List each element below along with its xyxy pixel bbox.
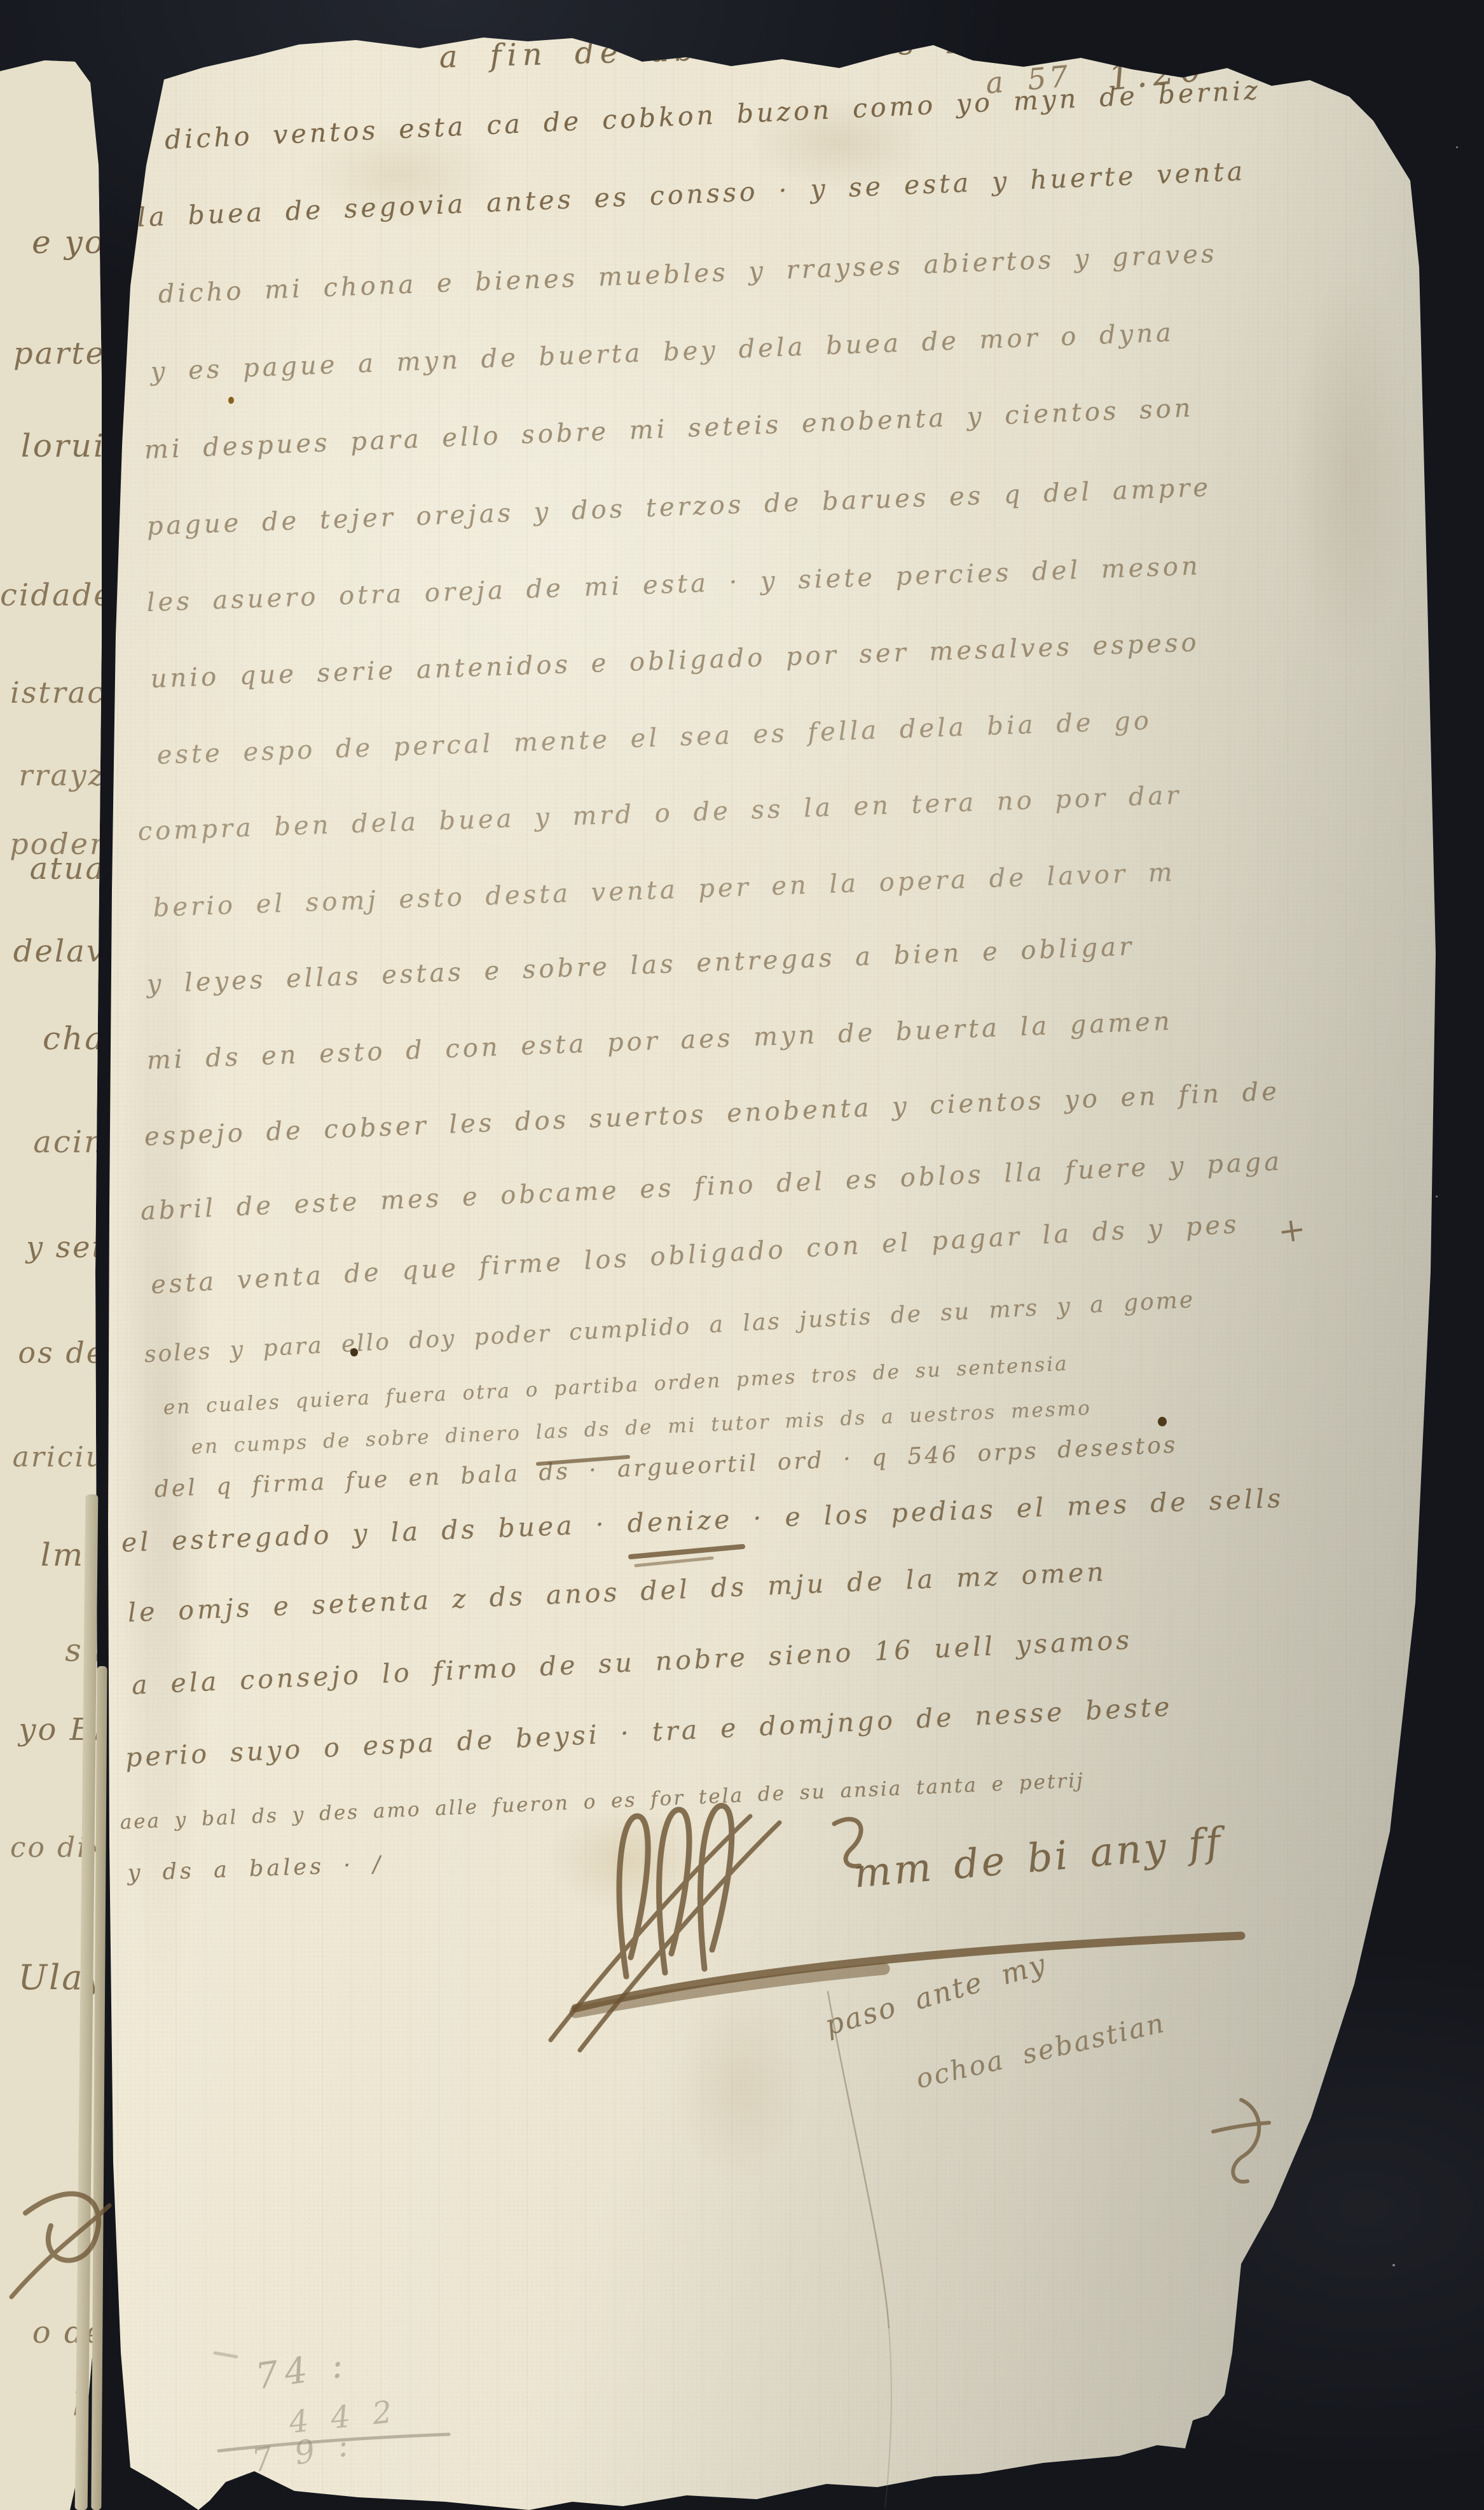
manuscript-photograph: { "document": { "kind": "early-modern ha… — [0, 0, 1484, 2510]
left-page-fragment: e yo — [0, 224, 109, 261]
stain — [1291, 267, 1412, 674]
left-page-fragment: delav — [0, 934, 109, 969]
manuscript-line: perio suyo o espa de beysi · tra e domjn… — [125, 1691, 1173, 1773]
ink-fleck — [1158, 1417, 1167, 1426]
left-page-fragment: lorui — [0, 427, 109, 464]
left-page-fragment: istrac — [0, 675, 109, 710]
stain — [674, 1984, 807, 2188]
manuscript-line: espejo de cobser les dos suertos enobent… — [144, 1077, 1281, 1152]
stain — [114, 827, 210, 2035]
left-page-fragment: cha — [0, 1020, 109, 1057]
left-page-fragment: y set — [0, 1230, 109, 1264]
manuscript-page: a fin de abrue 13 ds 2 ⅔ a 57 1.20 dicho… — [0, 0, 1484, 2510]
left-page-fragment: rrayz — [0, 758, 109, 792]
manuscript-line: aea y bal ds y des amo alle fueron o es … — [120, 1769, 1085, 1834]
manuscript-line: dicho mi chona e bienes muebles y rrayse… — [158, 239, 1218, 309]
left-page-fragment: parte — [0, 336, 109, 371]
manuscript-line: esta venta de que firme los obligado con… — [150, 1210, 1240, 1300]
manuscript-line: compra ben dela buea y mrd o de ss la en… — [137, 781, 1182, 846]
pencil-number: 74 : — [253, 2343, 352, 2397]
ink-fleck — [228, 397, 234, 404]
left-page-fragment: os de — [0, 1335, 109, 1370]
manuscript-line: a ela consejo lo firmo de su nobre sieno… — [131, 1625, 1133, 1700]
signature-name: mm de bi any ff — [852, 1818, 1225, 1896]
manuscript-line: y leyes ellas estas e sobre las entregas… — [146, 932, 1135, 999]
dust-speck — [1392, 2264, 1395, 2266]
manuscript-line: mi despues para ello sobre mi seteis eno… — [144, 394, 1194, 465]
left-page-fragment: ariciu — [0, 1441, 109, 1473]
notary-name: ochoa sebastian — [913, 2007, 1169, 2095]
manuscript-line: les asuero otra oreja de mi esta · y sie… — [146, 551, 1201, 617]
manuscript-line: abril de este mes e obcame es fino del e… — [140, 1147, 1283, 1226]
cross-mark: + — [1275, 1210, 1309, 1251]
manuscript-line: y ds a bales · / — [127, 1852, 384, 1886]
left-page-fragment: atua — [0, 851, 109, 886]
attestation-line: paso ante my — [821, 1948, 1050, 2042]
stain — [547, 1806, 706, 1914]
manuscript-line: pague de tejer orejas y dos terzos de ba… — [146, 473, 1212, 541]
manuscript-line: dicho ventos esta ca de cobkon buzon com… — [164, 75, 1261, 155]
ink-fleck — [350, 1348, 358, 1356]
dust-speck — [1436, 1196, 1438, 1197]
left-page-fragment: acin — [0, 1124, 109, 1160]
manuscript-line: unio que serie antenidos e obligado por … — [150, 628, 1200, 694]
manuscript-line: este espo de percal mente el sea es fell… — [156, 706, 1153, 770]
dust-speck — [1456, 146, 1458, 148]
manuscript-line: berio el somj esto desta venta per en la… — [153, 858, 1176, 923]
manuscript-line: mi ds en esto d con esta por aes myn de … — [146, 1007, 1173, 1075]
manuscript-line: le omjs e setenta z ds anos del ds mju d… — [127, 1556, 1108, 1627]
manuscript-line: la buea de segovia antes es consso · y s… — [137, 156, 1246, 233]
manuscript-line: y es pague a myn de buerta bey dela buea… — [150, 318, 1175, 387]
left-page-fragment: cidade — [0, 577, 109, 613]
pencil-number: 7 9 : — [249, 2425, 357, 2479]
